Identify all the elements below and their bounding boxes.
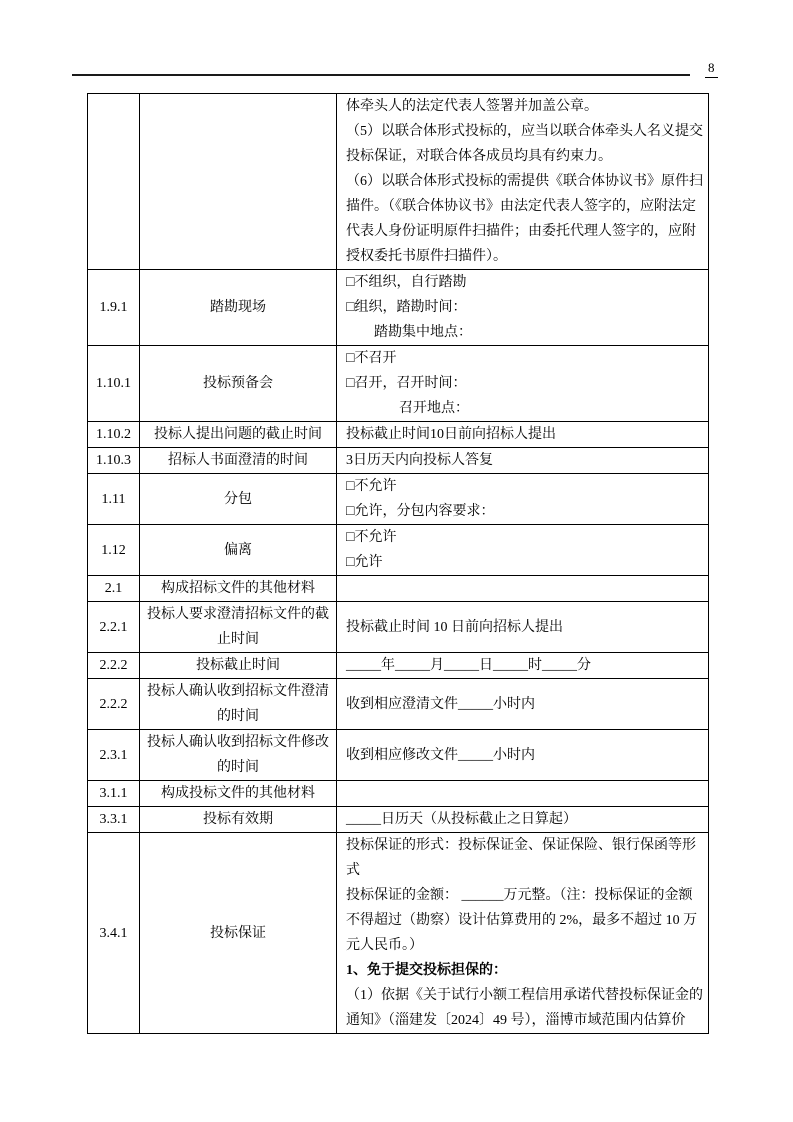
item-name-cell: 投标人确认收到招标文件修改的时间 <box>140 730 337 781</box>
item-content-cell <box>337 781 709 807</box>
item-content-cell: _____日历天（从投标截止之日算起） <box>337 807 709 833</box>
content-paragraph: □不允许 <box>346 525 706 550</box>
item-name-cell: 偏离 <box>140 525 337 576</box>
table-row: 3.4.1投标保证投标保证的形式：投标保证金、保证保险、银行保函等形式投标保证的… <box>88 833 709 1034</box>
table-row: 3.3.1投标有效期_____日历天（从投标截止之日算起） <box>88 807 709 833</box>
clause-number-cell: 1.9.1 <box>88 270 140 346</box>
content-paragraph: _____日历天（从投标截止之日算起） <box>346 807 706 832</box>
item-content-cell: 投标保证的形式：投标保证金、保证保险、银行保函等形式投标保证的金额： _____… <box>337 833 709 1034</box>
clause-number-cell: 2.3.1 <box>88 730 140 781</box>
item-content-cell: □不允许□允许，分包内容要求： <box>337 474 709 525</box>
content-paragraph: 收到相应修改文件_____小时内 <box>346 743 706 768</box>
item-content-cell: □不组织，自行踏勘□组织，踏勘时间：踏勘集中地点： <box>337 270 709 346</box>
table-row: 1.10.2投标人提出问题的截止时间投标截止时间10日前向招标人提出 <box>88 422 709 448</box>
content-paragraph: 召开地点： <box>346 396 706 421</box>
page-header-rule <box>72 74 690 76</box>
item-content-cell: 投标截止时间10日前向招标人提出 <box>337 422 709 448</box>
item-content-cell: 3日历天内向投标人答复 <box>337 448 709 474</box>
item-name-cell: 投标人提出问题的截止时间 <box>140 422 337 448</box>
item-content-cell: □不召开□召开，召开时间：召开地点： <box>337 346 709 422</box>
table-row: 2.2.1投标人要求澄清招标文件的截止时间投标截止时间 10 日前向招标人提出 <box>88 602 709 653</box>
content-paragraph: 投标截止时间10日前向招标人提出 <box>346 422 706 447</box>
clause-number-cell: 2.2.2 <box>88 679 140 730</box>
clause-number-cell: 1.10.3 <box>88 448 140 474</box>
content-paragraph: （1）依据《关于试行小额工程信用承诺代替投标保证金的通知》（淄建发〔2024〕4… <box>346 983 706 1033</box>
clause-number-cell: 3.4.1 <box>88 833 140 1034</box>
table-row: 2.3.1投标人确认收到招标文件修改的时间收到相应修改文件_____小时内 <box>88 730 709 781</box>
table-row: 1.11分包□不允许□允许，分包内容要求： <box>88 474 709 525</box>
content-paragraph: 体牵头人的法定代表人签署并加盖公章。 <box>346 94 706 119</box>
item-name-cell: 分包 <box>140 474 337 525</box>
item-content-cell: _____年_____月_____日_____时_____分 <box>337 653 709 679</box>
item-name-cell: 构成投标文件的其他材料 <box>140 781 337 807</box>
table-row: 3.1.1构成投标文件的其他材料 <box>88 781 709 807</box>
clause-number-cell: 1.10.2 <box>88 422 140 448</box>
item-name-cell: 投标保证 <box>140 833 337 1034</box>
page-number: 8 <box>705 59 718 78</box>
table-body: 体牵头人的法定代表人签署并加盖公章。（5）以联合体形式投标的，应当以联合体牵头人… <box>88 94 709 1034</box>
table-row: 2.1构成招标文件的其他材料 <box>88 576 709 602</box>
table-row: 2.2.2投标截止时间_____年_____月_____日_____时_____… <box>88 653 709 679</box>
content-paragraph: 投标保证的金额： ______万元整。（注：投标保证的金额不得超过（勘察）设计估… <box>346 883 706 958</box>
content-paragraph: □允许，分包内容要求： <box>346 499 706 524</box>
item-name-cell <box>140 94 337 270</box>
clause-number-cell: 3.1.1 <box>88 781 140 807</box>
content-paragraph: 投标截止时间 10 日前向招标人提出 <box>346 615 706 640</box>
table-row: 1.10.1投标预备会□不召开□召开，召开时间：召开地点： <box>88 346 709 422</box>
content-paragraph: _____年_____月_____日_____时_____分 <box>346 653 706 678</box>
table-row: 1.10.3招标人书面澄清的时间3日历天内向投标人答复 <box>88 448 709 474</box>
item-name-cell: 投标截止时间 <box>140 653 337 679</box>
content-paragraph: □不允许 <box>346 474 706 499</box>
item-name-cell: 投标有效期 <box>140 807 337 833</box>
table-row: 体牵头人的法定代表人签署并加盖公章。（5）以联合体形式投标的，应当以联合体牵头人… <box>88 94 709 270</box>
item-content-cell: 体牵头人的法定代表人签署并加盖公章。（5）以联合体形式投标的，应当以联合体牵头人… <box>337 94 709 270</box>
clause-number-cell: 3.3.1 <box>88 807 140 833</box>
content-paragraph: □不召开 <box>346 346 706 371</box>
content-paragraph: □不组织，自行踏勘 <box>346 270 706 295</box>
content-paragraph: （5）以联合体形式投标的，应当以联合体牵头人名义提交投标保证，对联合体各成员均具… <box>346 119 706 169</box>
clause-number-cell: 1.11 <box>88 474 140 525</box>
content-paragraph: □允许 <box>346 550 706 575</box>
item-name-cell: 投标人要求澄清招标文件的截止时间 <box>140 602 337 653</box>
clause-number-cell: 2.2.2 <box>88 653 140 679</box>
table-row: 1.9.1踏勘现场□不组织，自行踏勘□组织，踏勘时间：踏勘集中地点： <box>88 270 709 346</box>
clause-number-cell <box>88 94 140 270</box>
content-paragraph: 1、免于提交投标担保的： <box>346 958 706 983</box>
item-name-cell: 招标人书面澄清的时间 <box>140 448 337 474</box>
clause-number-cell: 1.12 <box>88 525 140 576</box>
content-paragraph: 投标保证的形式：投标保证金、保证保险、银行保函等形式 <box>346 833 706 883</box>
item-name-cell: 踏勘现场 <box>140 270 337 346</box>
item-content-cell: 收到相应澄清文件_____小时内 <box>337 679 709 730</box>
clause-number-cell: 2.1 <box>88 576 140 602</box>
content-paragraph: 踏勘集中地点： <box>346 320 706 345</box>
clause-number-cell: 2.2.1 <box>88 602 140 653</box>
content-paragraph: □组织，踏勘时间： <box>346 295 706 320</box>
content-paragraph: （6）以联合体形式投标的需提供《联合体协议书》原件扫描件。（《联合体协议书》由法… <box>346 169 706 269</box>
item-content-cell <box>337 576 709 602</box>
bid-instructions-table: 体牵头人的法定代表人签署并加盖公章。（5）以联合体形式投标的，应当以联合体牵头人… <box>87 93 709 1034</box>
item-content-cell: 投标截止时间 10 日前向招标人提出 <box>337 602 709 653</box>
content-paragraph: 3日历天内向投标人答复 <box>346 448 706 473</box>
table-row: 2.2.2投标人确认收到招标文件澄清的时间收到相应澄清文件_____小时内 <box>88 679 709 730</box>
item-name-cell: 投标人确认收到招标文件澄清的时间 <box>140 679 337 730</box>
content-paragraph: 收到相应澄清文件_____小时内 <box>346 692 706 717</box>
content-paragraph: □召开，召开时间： <box>346 371 706 396</box>
clause-number-cell: 1.10.1 <box>88 346 140 422</box>
item-content-cell: □不允许□允许 <box>337 525 709 576</box>
item-name-cell: 投标预备会 <box>140 346 337 422</box>
item-name-cell: 构成招标文件的其他材料 <box>140 576 337 602</box>
table-row: 1.12偏离□不允许□允许 <box>88 525 709 576</box>
item-content-cell: 收到相应修改文件_____小时内 <box>337 730 709 781</box>
